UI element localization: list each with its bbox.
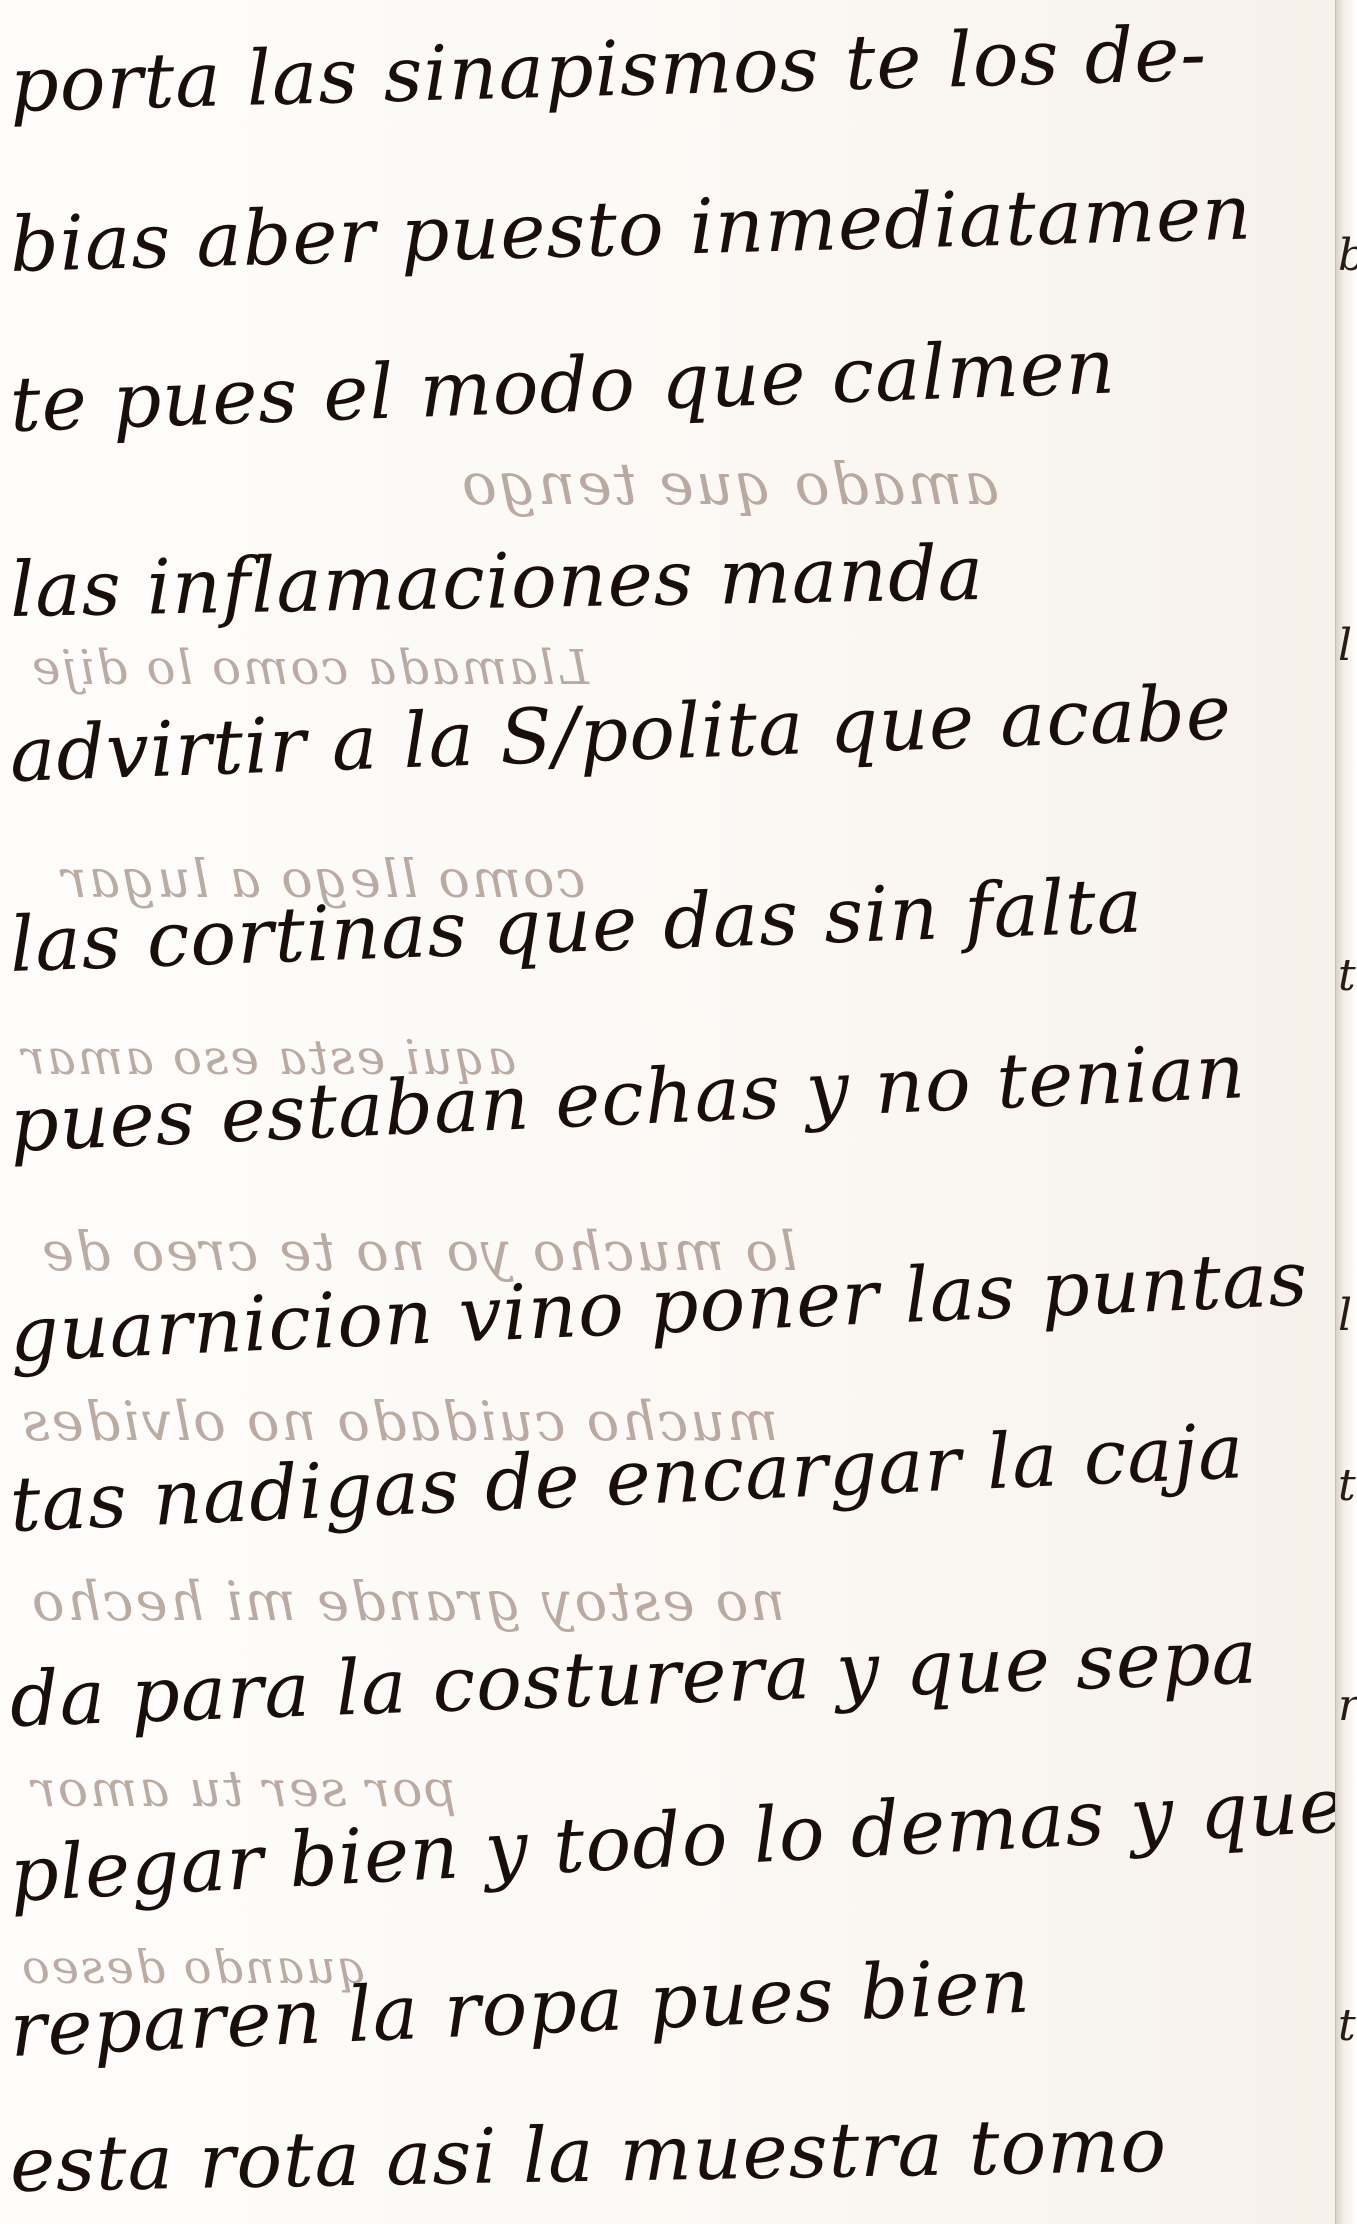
margin-mark: t: [1338, 2000, 1356, 2051]
bleed-through-text: no estoy grande mi hecho: [30, 1570, 785, 1633]
manuscript-line-4: las inflamaciones manda: [9, 528, 985, 634]
margin-mark: r: [1338, 1680, 1357, 1731]
manuscript-line-2: bias aber puesto inmediatamen: [9, 167, 1253, 288]
margin-mark: l: [1338, 1290, 1352, 1341]
margin-mark: b: [1338, 230, 1357, 281]
manuscript-line-1: porta las sinapismos te los de-: [9, 9, 1208, 129]
manuscript-line-3: te pues el modo que calmen: [8, 321, 1117, 449]
margin-mark: l: [1338, 620, 1352, 671]
bleed-through-text: Llamada como lo dije: [30, 640, 589, 696]
manuscript-line-13: esta rota asi la muestra tomo: [9, 2100, 1167, 2209]
margin-mark: t: [1338, 950, 1356, 1001]
margin-mark: t: [1338, 1460, 1356, 1511]
bleed-through-text: amado que tengo: [460, 450, 999, 518]
manuscript-page: amado que tengo Llamada como lo dije com…: [0, 0, 1335, 2224]
page-edge: [1335, 0, 1357, 2224]
